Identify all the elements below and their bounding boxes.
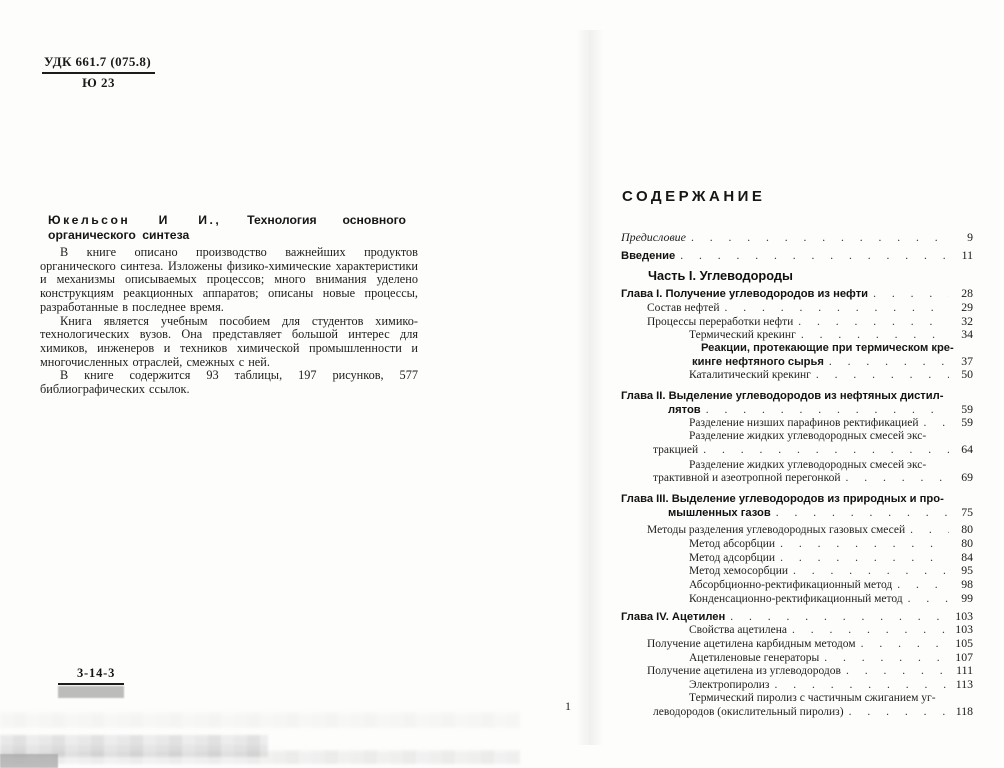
toc-page-number: 98 — [949, 578, 973, 591]
toc-entry-label: Абсорбционно-ректификационный метод — [689, 579, 892, 592]
author-heading: Юкельсон И И., Технология основного орга… — [48, 213, 406, 242]
toc-row: Термический пиролиз с частичным сжигание… — [621, 692, 973, 705]
toc-entry-label: Состав нефтей — [647, 302, 720, 315]
toc-row: Глава IV. Ацетилен. . . . . . . . . . . … — [621, 610, 973, 624]
toc-dot-leader: . . . . . . . . . . . . . . . . . . . . … — [824, 356, 949, 369]
toc-page-number: 105 — [949, 637, 973, 650]
toc-row: Предисловие. . . . . . . . . . . . . . .… — [621, 231, 973, 245]
page-number: 1 — [560, 699, 576, 714]
toc-row: Введение. . . . . . . . . . . . . . . . … — [621, 249, 973, 263]
toc-row: Глава I. Получение углеводородов из нефт… — [621, 287, 973, 301]
toc-page-number: 111 — [949, 664, 973, 677]
scan-smudge — [0, 750, 520, 764]
toc-row: Разделение жидких углеводородных смесей … — [621, 459, 973, 472]
toc-page-number: 59 — [949, 416, 973, 429]
toc-page-number: 28 — [949, 287, 973, 300]
toc-entry-label: Глава I. Получение углеводородов из нефт… — [621, 288, 868, 301]
udk-number: УДК 661.7 (075.8) — [42, 54, 155, 74]
toc-row: лятов. . . . . . . . . . . . . . . . . .… — [621, 403, 973, 417]
toc-entry-label: лятов — [668, 404, 701, 417]
toc-entry-label: Глава III. Выделение углеводородов из пр… — [621, 493, 944, 506]
udk-author-code: Ю 23 — [42, 75, 155, 91]
toc-page-number: 80 — [949, 537, 973, 550]
table-of-contents: Предисловие. . . . . . . . . . . . . . .… — [621, 231, 973, 718]
redaction-blur — [58, 686, 124, 698]
toc-row: Процессы переработки нефти. . . . . . . … — [621, 315, 973, 329]
toc-dot-leader: . . . . . . . . . . . . . . . . . . . . … — [796, 329, 949, 342]
scan-smudge — [0, 754, 58, 768]
toc-page-number: 69 — [949, 471, 973, 484]
toc-row: тракцией. . . . . . . . . . . . . . . . … — [621, 443, 973, 457]
toc-row: Метод хемосорбции. . . . . . . . . . . .… — [621, 564, 973, 578]
toc-dot-leader: . . . . . . . . . . . . . . . . . . . . … — [844, 706, 949, 719]
toc-dot-leader: . . . . . . . . . . . . . . . . . . . . … — [868, 288, 949, 301]
toc-row: Часть I. Углеводороды — [621, 270, 973, 283]
toc-row: Ацетиленовые генераторы. . . . . . . . .… — [621, 651, 973, 665]
print-code: 3-14-3 — [77, 666, 115, 681]
toc-dot-leader: . . . . . . . . . . . . . . . . . . . . … — [686, 232, 949, 245]
toc-entry-label: тракцией — [653, 444, 698, 457]
toc-entry-label: мышленных газов — [668, 507, 771, 520]
toc-dot-leader: . . . . . . . . . . . . . . . . . . . . … — [698, 444, 949, 457]
scanned-book-spread: { "left_page": { "udk": { "top": "УДК 66… — [0, 0, 1004, 768]
toc-entry-label: Метод абсорбции — [689, 538, 775, 551]
toc-dot-leader: . . . . . . . . . . . . . . . . . . . . … — [841, 472, 950, 485]
toc-row: Метод абсорбции. . . . . . . . . . . . .… — [621, 537, 973, 551]
toc-dot-leader: . . . . . . . . . . . . . . . . . . . . … — [769, 679, 949, 692]
toc-row: Получение ацетилена карбидным методом. .… — [621, 637, 973, 651]
toc-entry-label: Термический пиролиз с частичным сжигание… — [689, 692, 936, 705]
toc-entry-label: Получение ацетилена карбидным методом — [647, 638, 856, 651]
toc-row: Методы разделения углеводородных газовых… — [621, 523, 973, 537]
toc-page-number: 37 — [949, 355, 973, 368]
toc-entry-label: кинге нефтяного сырья — [692, 356, 824, 369]
toc-entry-label: Разделение жидких углеводородных смесей … — [689, 430, 926, 443]
toc-page-number: 103 — [949, 610, 973, 623]
toc-dot-leader: . . . . . . . . . . . . . . . . . . . . … — [819, 652, 949, 665]
toc-page-number: 29 — [949, 301, 973, 314]
toc-entry-label: Методы разделения углеводородных газовых… — [647, 524, 905, 537]
toc-dot-leader: . . . . . . . . . . . . . . . . . . . . … — [841, 665, 949, 678]
toc-page-number: 50 — [949, 368, 973, 381]
udk-classification: УДК 661.7 (075.8) Ю 23 — [42, 54, 155, 91]
toc-row: Глава III. Выделение углеводородов из пр… — [621, 493, 973, 506]
author-name: Юкельсон И И., — [48, 213, 221, 227]
toc-row: трактивной и азеотропной перегонкой. . .… — [621, 471, 973, 485]
toc-dot-leader: . . . . . . . . . . . . . . . . . . . . … — [788, 565, 949, 578]
toc-page-number: 99 — [949, 592, 973, 605]
toc-page-number: 84 — [949, 551, 973, 564]
toc-entry-label: Процессы переработки нефти — [647, 316, 793, 329]
toc-row: Абсорбционно-ректификационный метод. . .… — [621, 578, 973, 592]
toc-entry-label: Метод хемосорбции — [689, 565, 788, 578]
annotation-paragraph: Книга является учебным пособием для студ… — [40, 315, 418, 370]
toc-dot-leader: . . . . . . . . . . . . . . . . . . . . … — [675, 250, 949, 263]
toc-row: Свойства ацетилена. . . . . . . . . . . … — [621, 623, 973, 637]
toc-dot-leader: . . . . . . . . . . . . . . . . . . . . … — [905, 524, 949, 537]
annotation-block: В книге описано производство важнейших п… — [40, 246, 418, 397]
toc-dot-leader: . . . . . . . . . . . . . . . . . . . . … — [701, 404, 949, 417]
toc-page-number: 103 — [949, 623, 973, 636]
toc-entry-label: Свойства ацетилена — [689, 624, 787, 637]
toc-page-number: 75 — [949, 506, 973, 519]
toc-row: Получение ацетилена из углеводородов. . … — [621, 664, 973, 678]
toc-dot-leader: . . . . . . . . . . . . . . . . . . . . … — [775, 552, 949, 565]
toc-row: Термический крекинг. . . . . . . . . . .… — [621, 328, 973, 342]
toc-row: Электропиролиз. . . . . . . . . . . . . … — [621, 678, 973, 692]
toc-dot-leader: . . . . . . . . . . . . . . . . . . . . … — [725, 611, 949, 624]
toc-page-number: 113 — [949, 678, 973, 691]
contents-heading: СОДЕРЖАНИЕ — [622, 188, 765, 205]
toc-dot-leader: . . . . . . . . . . . . . . . . . . . . … — [771, 507, 949, 520]
scan-smudge — [0, 712, 520, 728]
toc-row: Каталитический крекинг. . . . . . . . . … — [621, 368, 973, 382]
toc-dot-leader: . . . . . . . . . . . . . . . . . . . . … — [919, 417, 950, 430]
toc-dot-leader: . . . . . . . . . . . . . . . . . . . . … — [793, 316, 949, 329]
toc-row: Реакции, протекающие при термическом кре… — [621, 342, 973, 355]
toc-row: леводородов (окислительный пиролиз). . .… — [621, 705, 973, 719]
page-gutter-shadow — [576, 30, 604, 745]
toc-row: Разделение низших парафинов ректификацие… — [621, 416, 973, 430]
toc-entry-label: Ацетиленовые генераторы — [689, 652, 819, 665]
annotation-paragraph: В книге описано производство важнейших п… — [40, 246, 418, 315]
toc-entry-label: Метод адсорбции — [689, 552, 775, 565]
toc-entry-label: Получение ацетилена из углеводородов — [647, 665, 841, 678]
toc-page-number: 64 — [949, 443, 973, 456]
toc-dot-leader: . . . . . . . . . . . . . . . . . . . . … — [811, 369, 949, 382]
print-code-rule — [58, 683, 124, 685]
toc-page-number: 95 — [949, 564, 973, 577]
toc-page-number: 80 — [949, 523, 973, 536]
toc-page-number: 11 — [949, 249, 973, 262]
toc-row: кинге нефтяного сырья. . . . . . . . . .… — [621, 355, 973, 369]
toc-dot-leader: . . . . . . . . . . . . . . . . . . . . … — [892, 579, 949, 592]
toc-page-number: 9 — [949, 231, 973, 244]
toc-entry-label: Глава II. Выделение углеводородов из неф… — [621, 390, 944, 403]
toc-dot-leader: . . . . . . . . . . . . . . . . . . . . … — [903, 593, 949, 606]
toc-entry-label: Термический крекинг — [689, 329, 796, 342]
toc-dot-leader: . . . . . . . . . . . . . . . . . . . . … — [856, 638, 949, 651]
toc-page-number: 118 — [949, 705, 973, 718]
toc-row: мышленных газов. . . . . . . . . . . . .… — [621, 506, 973, 520]
toc-entry-label: Электропиролиз — [689, 679, 769, 692]
toc-dot-leader: . . . . . . . . . . . . . . . . . . . . … — [720, 302, 949, 315]
toc-entry-label: леводородов (окислительный пиролиз) — [653, 706, 844, 719]
toc-page-number: 34 — [949, 328, 973, 341]
toc-row: Глава II. Выделение углеводородов из неф… — [621, 390, 973, 403]
toc-entry-label: Предисловие — [621, 231, 686, 244]
toc-dot-leader: . . . . . . . . . . . . . . . . . . . . … — [775, 538, 949, 551]
toc-page-number: 59 — [949, 403, 973, 416]
toc-row: Разделение жидких углеводородных смесей … — [621, 430, 973, 443]
toc-entry-label: Часть I. Углеводороды — [648, 270, 793, 283]
toc-row: Конденсационно-ректификационный метод. .… — [621, 592, 973, 606]
toc-entry-label: Разделение жидких углеводородных смесей … — [689, 459, 926, 472]
toc-dot-leader: . . . . . . . . . . . . . . . . . . . . … — [787, 624, 949, 637]
toc-entry-label: Реакции, протекающие при термическом кре… — [701, 342, 954, 355]
toc-page-number: 32 — [949, 315, 973, 328]
annotation-paragraph: В книге содержится 93 таблицы, 197 рисун… — [40, 369, 418, 396]
toc-entry-label: Каталитический крекинг — [689, 369, 811, 382]
toc-entry-label: трактивной и азеотропной перегонкой — [653, 472, 841, 485]
toc-entry-label: Конденсационно-ректификационный метод — [689, 593, 903, 606]
toc-entry-label: Введение — [621, 250, 675, 263]
toc-row: Метод адсорбции. . . . . . . . . . . . .… — [621, 551, 973, 565]
toc-row: Состав нефтей. . . . . . . . . . . . . .… — [621, 301, 973, 315]
toc-entry-label: Глава IV. Ацетилен — [621, 611, 725, 624]
toc-entry-label: Разделение низших парафинов ректификацие… — [689, 417, 919, 430]
toc-page-number: 107 — [949, 651, 973, 664]
